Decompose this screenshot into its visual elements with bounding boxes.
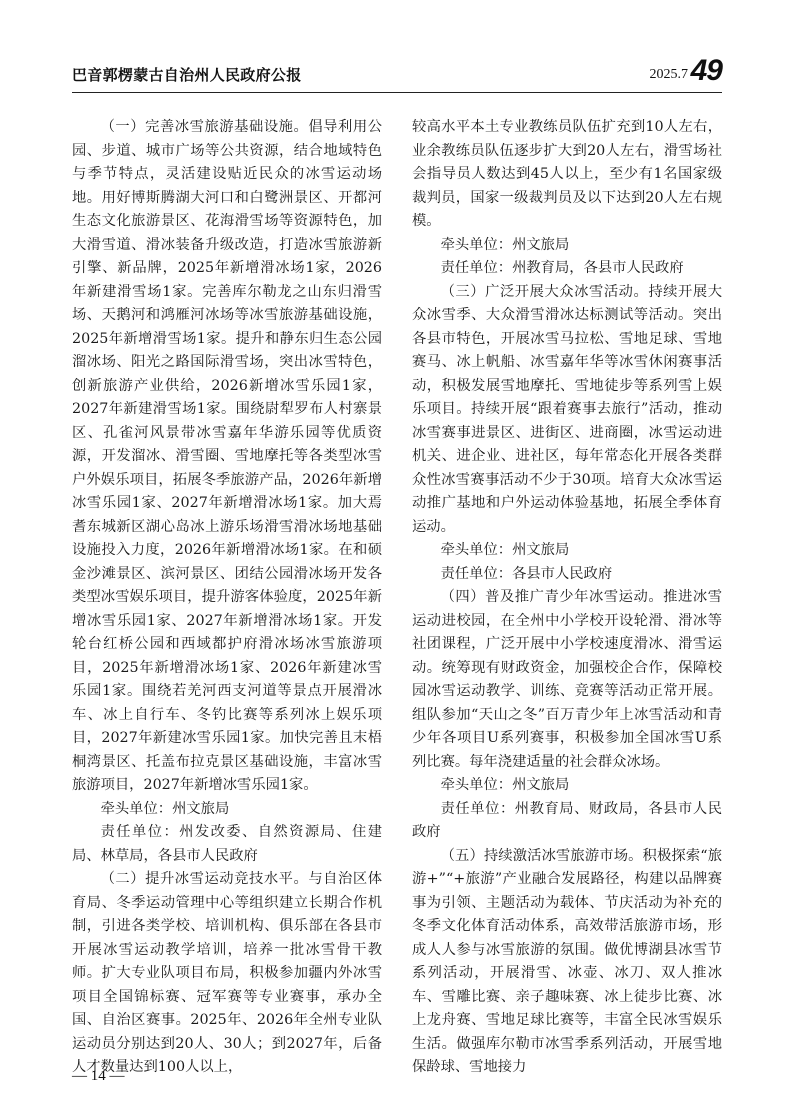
section-1-paragraph: （一）完善冰雪旅游基础设施。倡导利用公园、步道、城市广场等公共资源，结合地域特色… [72,116,382,798]
left-column: （一）完善冰雪旅游基础设施。倡导利用公园、步道、城市广场等公共资源，结合地域特色… [72,116,382,1080]
lead-unit: 牵头单位：州文旅局 [412,539,722,563]
lead-unit: 牵头单位：州文旅局 [72,798,382,822]
responsible-unit: 责任单位：州教育局、财政局，各县市人民政府 [412,798,722,845]
right-column: 较高水平本土专业教练员队伍扩充到10人左右，业余教练员队伍逐步扩大到20人左右，… [412,116,722,1080]
lead-unit: 牵头单位：州文旅局 [412,234,722,258]
page-number: — 14 — [72,1068,125,1085]
page-header: 巴音郭楞蒙古自治州人民政府公报 2025.7 49 [72,60,722,93]
section-2-continuation: 较高水平本土专业教练员队伍扩充到10人左右，业余教练员队伍逐步扩大到20人左右，… [412,116,722,234]
section-2-paragraph: （二）提升冰雪运动竞技水平。与自治区体育局、冬季运动管理中心等组织建立长期合作机… [72,868,382,1080]
lead-unit: 牵头单位：州文旅局 [412,774,722,798]
responsible-unit: 责任单位：各县市人民政府 [412,563,722,587]
section-4-paragraph: （四）普及推广青少年冰雪运动。推进冰雪运动进校园，在全州中小学校开设轮滑、滑冰等… [412,586,722,774]
issue-number: 49 [691,54,722,88]
responsible-unit: 责任单位：州教育局，各县市人民政府 [412,257,722,281]
responsible-unit: 责任单位：州发改委、自然资源局、住建局、林草局，各县市人民政府 [72,821,382,868]
section-3-paragraph: （三）广泛开展大众冰雪活动。持续开展大众冰雪季、大众滑雪滑冰达标测试等活动。突出… [412,281,722,540]
issue-date: 2025.7 [650,67,689,83]
section-5-paragraph: （五）持续激活冰雪旅游市场。积极探索“旅游+”“+旅游”产业融合发展路径，构建以… [412,845,722,1080]
publication-title: 巴音郭楞蒙古自治州人民政府公报 [72,64,302,85]
